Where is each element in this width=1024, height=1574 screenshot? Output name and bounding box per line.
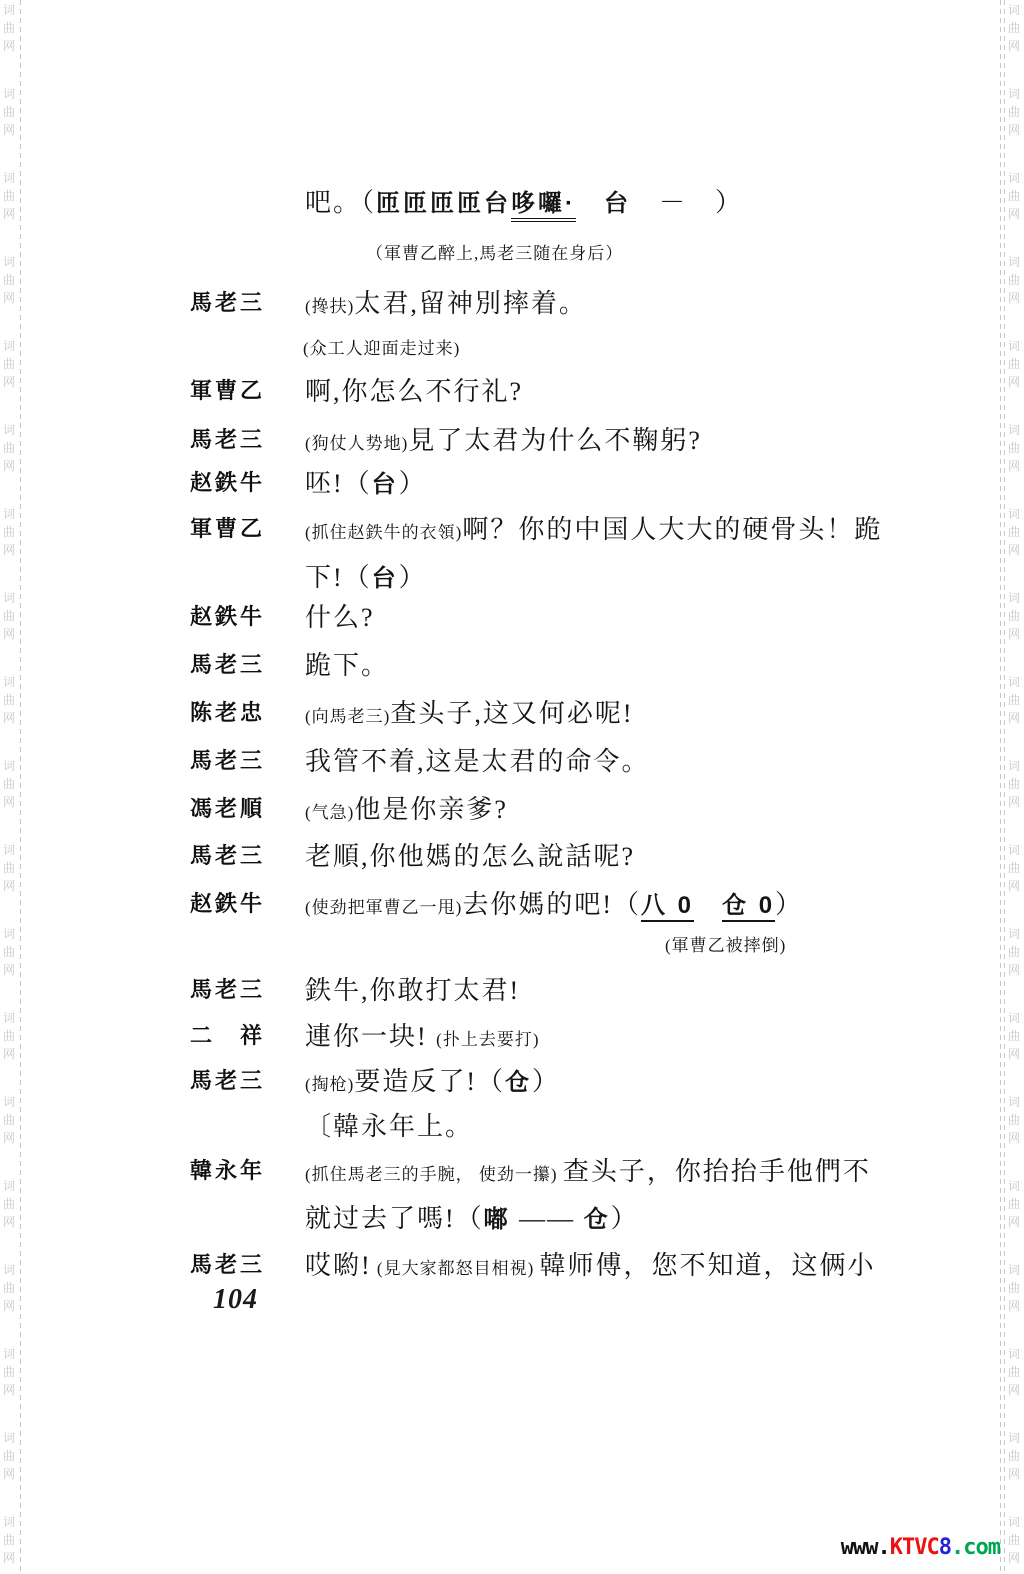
stage-direction: (众工人迎面走过来) xyxy=(303,339,460,358)
dialogue-text: 啊？你的中国人大大的硬骨头！跪 xyxy=(462,515,882,544)
percussion-notation: 八 0 xyxy=(641,892,694,922)
stage-direction: (軍曹乙被摔倒) xyxy=(665,936,786,955)
dialogue-text: 查头子,这又何必呢! xyxy=(390,699,633,728)
dialogue-line: (使劲把軍曹乙一甩)去你媽的吧!（八 0 仓 0） xyxy=(305,884,803,921)
speaker-name: 軍曹乙 xyxy=(190,374,265,405)
dialogue-text: —— xyxy=(511,1204,584,1233)
percussion-notation: 匝匝匝匝台 xyxy=(376,190,511,217)
stage-direction: (見大家都怒目相視) xyxy=(372,1259,540,1278)
stage-direction: (向馬老三) xyxy=(305,707,390,726)
stage-direction: (狗仗人势地) xyxy=(305,434,408,453)
dialogue-line: 〔韓永年上。 xyxy=(305,1106,473,1143)
script-body: 吧。（匝匝匝匝台哆囉· 台 － ）（軍曹乙醉上,馬老三随在身后）馬老三(搀扶)太… xyxy=(0,0,1024,1574)
percussion-notation: 哆囉· xyxy=(511,190,576,222)
dialogue-text: 去你媽的吧!（ xyxy=(462,890,641,919)
dialogue-line: 吧。（匝匝匝匝台哆囉· 台 － ） xyxy=(305,182,743,219)
percussion-notation: 嘟 xyxy=(484,1206,511,1233)
dialogue-line: (气急)他是你亲爹? xyxy=(305,789,508,826)
speaker-name: 馬老三 xyxy=(190,286,265,317)
site-watermark: www.KTVC8.com xyxy=(841,1535,1000,1560)
percussion-notation: 台 xyxy=(372,471,399,498)
dialogue-line: (抓住赵鉄牛的衣領)啊？你的中国人大大的硬骨头！跪 xyxy=(305,509,882,546)
speaker-name: 馬老三 xyxy=(190,1248,265,1279)
dialogue-text: 吧。（ xyxy=(305,188,376,217)
percussion-notation: 仓 xyxy=(584,1206,611,1233)
dialogue-line: (掏枪)要造反了!（仓） xyxy=(305,1061,560,1098)
dialogue-text: 他是你亲爹? xyxy=(354,795,508,824)
dialogue-text: ） xyxy=(399,469,427,498)
dialogue-text xyxy=(694,890,722,919)
stage-direction: (掏枪) xyxy=(305,1075,354,1094)
speaker-name: 馬老三 xyxy=(190,839,265,870)
speaker-name: 赵鉄牛 xyxy=(190,600,265,631)
speaker-name: 馬老三 xyxy=(190,423,265,454)
percussion-notation: 仓 xyxy=(505,1069,532,1096)
stage-direction: (抓住馬老三的手腕， 使劲一攥) xyxy=(305,1165,563,1184)
stage-direction: (使劲把軍曹乙一甩) xyxy=(305,898,462,917)
dialogue-line: 就过去了嗎!（嘟 —— 仓） xyxy=(305,1198,639,1235)
dialogue-text: ） xyxy=(532,1067,560,1096)
speaker-name: 赵鉄牛 xyxy=(190,466,265,497)
dialogue-line: (狗仗人势地)見了太君为什么不鞠躬? xyxy=(305,420,702,457)
speaker-name: 二 祥 xyxy=(190,1019,265,1050)
speaker-name: 馬老三 xyxy=(190,973,265,1004)
dialogue-text: － ） xyxy=(631,188,743,217)
dialogue-text: 〔韓永年上。 xyxy=(305,1112,473,1141)
dialogue-text: ） xyxy=(611,1204,639,1233)
speaker-name: 軍曹乙 xyxy=(190,512,265,543)
dialogue-text: 韓师傅，您不知道，这俩小 xyxy=(540,1251,876,1280)
percussion-notation: 台 xyxy=(604,190,631,217)
dialogue-text: 跪下。 xyxy=(305,651,389,680)
stage-direction: （軍曹乙醉上,馬老三随在身后） xyxy=(366,244,623,263)
speaker-name: 馮老順 xyxy=(190,792,265,823)
speaker-name: 韓永年 xyxy=(190,1154,265,1185)
dialogue-text: 要造反了!（ xyxy=(354,1067,505,1096)
dialogue-line: 哎喲! (見大家都怒目相視) 韓师傅，您不知道，这俩小 xyxy=(305,1245,876,1282)
scanned-script-page: 词曲网词曲网词曲网词曲网词曲网词曲网词曲网词曲网词曲网词曲网词曲网词曲网词曲网词… xyxy=(0,0,1024,1574)
dialogue-text: 見了太君为什么不鞠躬? xyxy=(408,426,702,455)
dialogue-text: 哎喲! xyxy=(305,1251,372,1280)
dialogue-text: 啊,你怎么不行礼? xyxy=(305,377,523,406)
dialogue-line: 我管不着,这是太君的命令。 xyxy=(305,741,650,778)
dialogue-text: 查头子，你抬抬手他們不 xyxy=(563,1157,871,1186)
dialogue-line: (搀扶)太君,留神別摔着。 xyxy=(305,283,587,320)
dialogue-line: (向馬老三)查头子,这又何必呢! xyxy=(305,693,634,730)
speaker-name: 赵鉄牛 xyxy=(190,887,265,918)
dialogue-text xyxy=(576,188,604,217)
site-watermark-tld: .com xyxy=(951,1535,1000,1560)
percussion-notation: 仓 0 xyxy=(722,892,775,922)
stage-direction: (搀扶) xyxy=(305,297,354,316)
dialogue-text: 呸!（ xyxy=(305,469,372,498)
dialogue-line: 什么? xyxy=(305,597,375,634)
speaker-name: 馬老三 xyxy=(190,1064,265,1095)
dialogue-text: 就过去了嗎!（ xyxy=(305,1204,484,1233)
dialogue-line: 呸!（台） xyxy=(305,463,427,500)
dialogue-line: 連你一块! (扑上去要打) xyxy=(305,1016,540,1053)
stage-direction: (抓住赵鉄牛的衣領) xyxy=(305,523,462,542)
dialogue-line: (軍曹乙被摔倒) xyxy=(665,931,786,956)
dialogue-text: 我管不着,这是太君的命令。 xyxy=(305,747,650,776)
dialogue-line: （軍曹乙醉上,馬老三随在身后） xyxy=(366,239,623,264)
dialogue-line: (抓住馬老三的手腕， 使劲一攥) 查头子，你抬抬手他們不 xyxy=(305,1151,871,1188)
page-number: 104 xyxy=(213,1284,258,1316)
dialogue-text: ） xyxy=(775,890,803,919)
dialogue-text xyxy=(428,1022,437,1051)
dialogue-line: 鉄牛,你敢打太君! xyxy=(305,970,520,1007)
site-watermark-www: www. xyxy=(841,1535,890,1560)
dialogue-line: 跪下。 xyxy=(305,645,389,682)
dialogue-text: ） xyxy=(399,563,427,592)
dialogue-text: 鉄牛,你敢打太君! xyxy=(305,976,520,1005)
dialogue-text: 什么? xyxy=(305,603,375,632)
speaker-name: 馬老三 xyxy=(190,648,265,679)
dialogue-line: 啊,你怎么不行礼? xyxy=(305,371,523,408)
dialogue-text: 太君,留神別摔着。 xyxy=(354,289,587,318)
site-watermark-num: 8 xyxy=(939,1535,951,1560)
dialogue-line: (众工人迎面走过来) xyxy=(303,334,460,359)
stage-direction: (扑上去要打) xyxy=(436,1030,539,1049)
speaker-name: 陈老忠 xyxy=(190,696,265,727)
dialogue-text: 下!（ xyxy=(305,563,372,592)
dialogue-line: 老順,你他媽的怎么說話呢? xyxy=(305,836,635,873)
site-watermark-name: KTVC xyxy=(890,1535,939,1560)
speaker-name: 馬老三 xyxy=(190,744,265,775)
dialogue-line: 下!（台） xyxy=(305,557,427,594)
percussion-notation: 台 xyxy=(372,565,399,592)
dialogue-text: 連你一块! xyxy=(305,1022,428,1051)
stage-direction: (气急) xyxy=(305,803,354,822)
dialogue-text: 老順,你他媽的怎么說話呢? xyxy=(305,842,635,871)
